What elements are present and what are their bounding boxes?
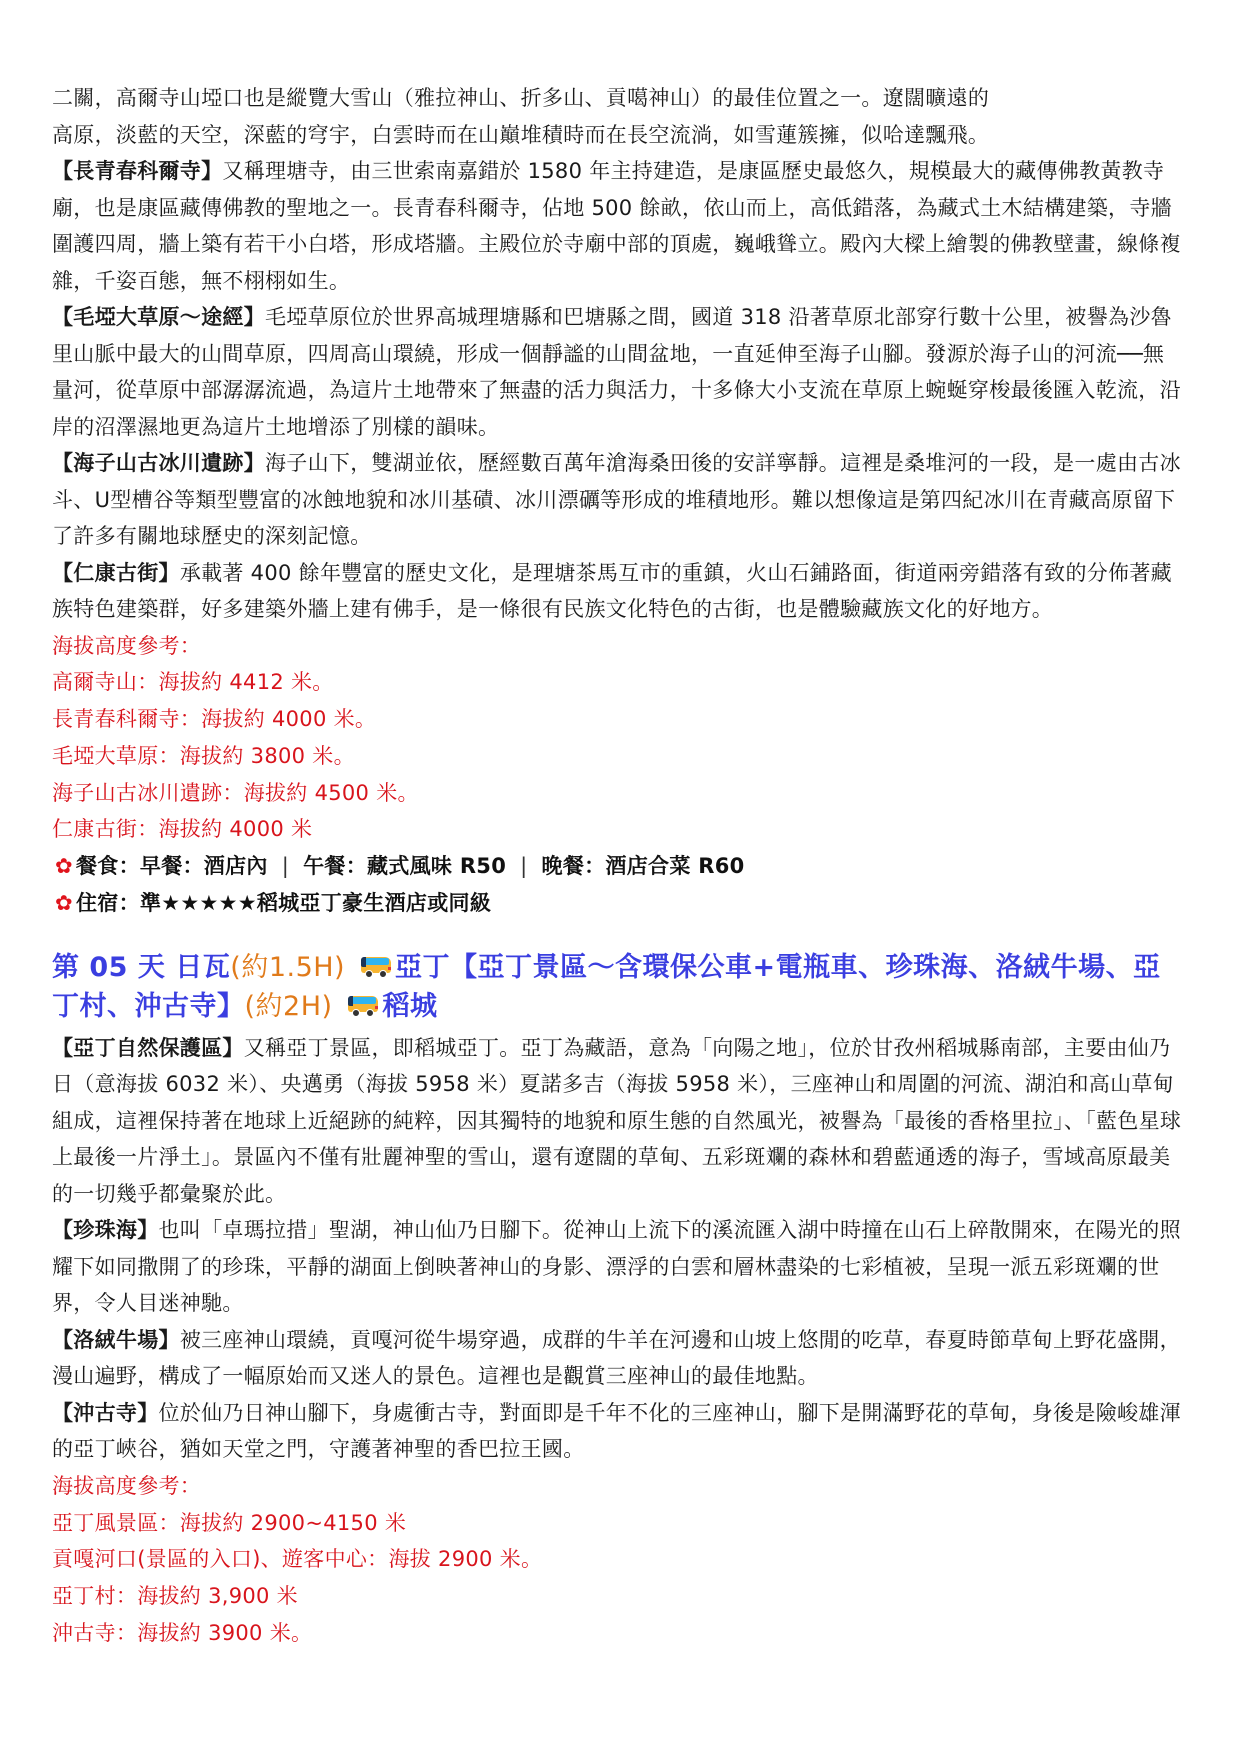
itinerary-page: 二關，高爾寺山埡口也是縱覽大雪山（雅拉神山、折多山、貢噶神山）的最佳位置之一。遼… [52, 80, 1182, 1652]
day-title-destination: 稻城 [382, 991, 437, 1022]
lodging-line: ✿住宿：準★★★★★稻城亞丁豪生酒店或同級 [52, 885, 1182, 922]
attraction-paragraph: 【長青春科爾寺】又稱理塘寺，由三世索南嘉錯於 1580 年主持建造，是康區歷史最… [52, 153, 1182, 299]
attraction-name: 【洛絨牛場】 [52, 1328, 180, 1352]
altitude-item: 沖古寺：海拔約 3900 米。 [52, 1615, 1182, 1652]
lodging-label: 住宿： [76, 891, 140, 915]
altitude-item: 長青春科爾寺：海拔約 4000 米。 [52, 701, 1182, 738]
altitude-item: 亞丁村：海拔約 3,900 米 [52, 1578, 1182, 1615]
intro-line: 高原，淡藍的天空，深藍的穹宇，白雲時而在山巔堆積時而在長空流淌，如雪蓮簇擁，似哈… [52, 117, 1182, 154]
altitude-header: 海拔高度參考： [52, 628, 1182, 665]
attraction-paragraph: 【珍珠海】也叫「卓瑪拉措」聖湖，神山仙乃日腳下。從神山上流下的溪流匯入湖中時撞在… [52, 1212, 1182, 1322]
flower-icon: ✿ [52, 885, 76, 922]
attraction-text: 承載著 400 餘年豐富的歷史文化，是理塘茶馬互市的重鎮，火山石鋪路面，街道兩旁… [52, 561, 1172, 622]
flower-icon: ✿ [52, 848, 76, 885]
altitude-header: 海拔高度參考： [52, 1468, 1182, 1505]
attraction-name: 【長青春科爾寺】 [52, 159, 222, 183]
attraction-name: 【亞丁自然保護區】 [52, 1036, 244, 1060]
meal-separator: | [282, 848, 289, 885]
attraction-paragraph: 【毛埡大草原～途經】毛埡草原位於世界高城理塘縣和巴塘縣之間，國道 318 沿著草… [52, 299, 1182, 445]
altitude-item: 貢嘎河口(景區的入口)、遊客中心：海拔 2900 米。 [52, 1541, 1182, 1578]
attraction-paragraph: 【亞丁自然保護區】又稱亞丁景區，即稻城亞丁。亞丁為藏語，意為「向陽之地」，位於甘… [52, 1030, 1182, 1213]
bus-icon [361, 955, 391, 979]
attraction-name: 【毛埡大草原～途經】 [52, 305, 265, 329]
attraction-name: 【海子山古冰川遺跡】 [52, 451, 265, 475]
day-title-start: 第 05 天 日瓦 [52, 952, 230, 983]
altitude-item: 海子山古冰川遺跡：海拔約 4500 米。 [52, 775, 1182, 812]
meals-label: 餐食： [76, 854, 140, 878]
attraction-paragraph: 【沖古寺】位於仙乃日神山腳下，身處衝古寺，對面即是千年不化的三座神山，腳下是開滿… [52, 1395, 1182, 1468]
altitude-item: 高爾寺山：海拔約 4412 米。 [52, 664, 1182, 701]
altitude-item: 仁康古街：海拔約 4000 米 [52, 811, 1182, 848]
altitude-item: 亞丁風景區：海拔約 2900~4150 米 [52, 1505, 1182, 1542]
altitude-reference: 海拔高度參考： 高爾寺山：海拔約 4412 米。 長青春科爾寺：海拔約 4000… [52, 628, 1182, 849]
bus-icon [348, 994, 378, 1018]
meal-separator: | [520, 848, 527, 885]
attraction-paragraph: 【海子山古冰川遺跡】海子山下，雙湖並依，歷經數百萬年滄海桑田後的安詳寧靜。這裡是… [52, 445, 1182, 555]
meal-lunch: 午餐：藏式風味 R50 [303, 854, 506, 878]
attraction-text: 又稱亞丁景區，即稻城亞丁。亞丁為藏語，意為「向陽之地」，位於甘孜州稻城縣南部，主… [52, 1036, 1181, 1206]
lodging-value: 準★★★★★稻城亞丁豪生酒店或同級 [140, 891, 491, 915]
attraction-name: 【沖古寺】 [52, 1401, 159, 1425]
meals-line: ✿餐食：早餐：酒店內|午餐：藏式風味 R50|晚餐：酒店合菜 R60 [52, 848, 1182, 885]
attraction-text: 被三座神山環繞，貢嘎河從牛場穿過，成群的牛羊在河邊和山坡上悠閒的吃草，春夏時節草… [52, 1328, 1181, 1389]
attraction-name: 【仁康古街】 [52, 561, 180, 585]
altitude-item: 毛埡大草原：海拔約 3800 米。 [52, 738, 1182, 775]
duration-label: (約2H) [245, 991, 333, 1022]
attraction-text: 位於仙乃日神山腳下，身處衝古寺，對面即是千年不化的三座神山，腳下是開滿野花的草甸… [52, 1401, 1181, 1462]
altitude-reference: 海拔高度參考： 亞丁風景區：海拔約 2900~4150 米 貢嘎河口(景區的入口… [52, 1468, 1182, 1652]
intro-line: 二關，高爾寺山埡口也是縱覽大雪山（雅拉神山、折多山、貢噶神山）的最佳位置之一。遼… [52, 80, 1182, 117]
meal-breakfast: 早餐：酒店內 [140, 854, 268, 878]
attraction-text: 又稱理塘寺，由三世索南嘉錯於 1580 年主持建造，是康區歷史最悠久，規模最大的… [52, 159, 1181, 293]
meal-dinner: 晚餐：酒店合菜 R60 [542, 854, 745, 878]
day-title: 第 05 天 日瓦(約1.5H) 亞丁【亞丁景區～含環保公車+電瓶車、珍珠海、洛… [52, 948, 1182, 1026]
attraction-paragraph: 【洛絨牛場】被三座神山環繞，貢嘎河從牛場穿過，成群的牛羊在河邊和山坡上悠閒的吃草… [52, 1322, 1182, 1395]
duration-label: (約1.5H) [230, 952, 345, 983]
attraction-paragraph: 【仁康古街】承載著 400 餘年豐富的歷史文化，是理塘茶馬互市的重鎮，火山石鋪路… [52, 555, 1182, 628]
attraction-text: 也叫「卓瑪拉措」聖湖，神山仙乃日腳下。從神山上流下的溪流匯入湖中時撞在山石上碎散… [52, 1218, 1181, 1315]
attraction-name: 【珍珠海】 [52, 1218, 159, 1242]
